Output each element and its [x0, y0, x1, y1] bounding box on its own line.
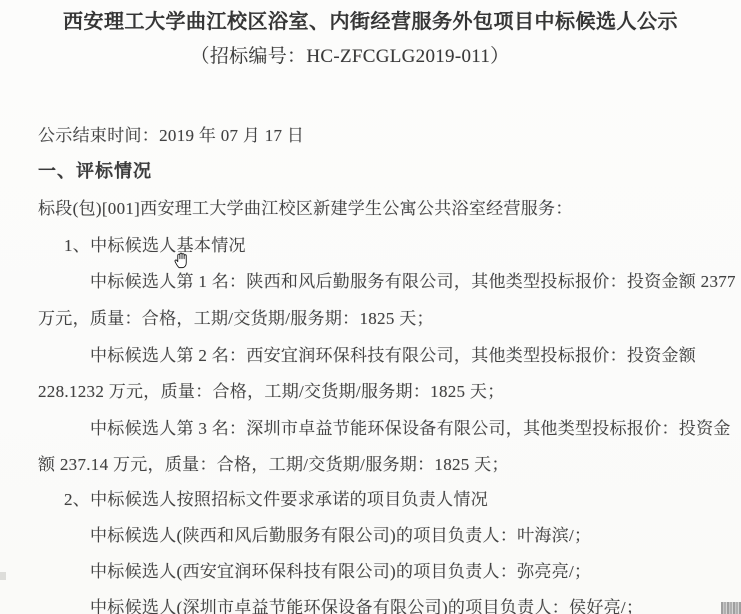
project-manager3-line: 中标候选人(深圳市卓益节能环保设备有限公司)的项目负责人：侯好亮/； [90, 598, 643, 614]
candidate1-line1: 中标候选人第 1 名：陕西和风后勤服务有限公司，其他类型投标报价：投资金额 23… [90, 272, 736, 292]
tender-number-subtitle: （招标编号：HC-ZFCGLG2019-011） [0, 47, 700, 67]
candidate3-line1: 中标候选人第 3 名：深圳市卓益节能环保设备有限公司，其他类型投标报价：投资金 [90, 419, 731, 439]
candidate2-line1: 中标候选人第 2 名：西安宜润环保科技有限公司，其他类型投标报价：投资金额 [90, 346, 696, 366]
subsection-heading-basic-info: 1、中标候选人基本情况 [64, 236, 246, 256]
hand-tool-cursor-icon [174, 250, 191, 269]
project-manager2-line: 中标候选人(西安宜润环保科技有限公司)的项目负责人：弥亮亮/； [90, 562, 591, 582]
lot-description-line: 标段(包)[001]西安理工大学曲江校区新建学生公寓公共浴室经营服务： [38, 199, 573, 219]
candidate1-line2: 万元，质量：合格，工期/交货期/服务期：1825 天； [38, 309, 434, 329]
subsection-heading-project-managers: 2、中标候选人按照招标文件要求承诺的项目负责人情况 [64, 490, 488, 510]
document-title: 西安理工大学曲江校区浴室、内街经营服务外包项目中标候选人公示 [0, 12, 741, 32]
scanned-document-page[interactable]: 西安理工大学曲江校区浴室、内街经营服务外包项目中标候选人公示 （招标编号：HC-… [0, 0, 741, 614]
publicity-end-time-line: 公示结束时间：2019 年 07 月 17 日 [38, 126, 304, 146]
candidate2-line2: 228.1232 万元，质量：合格，工期/交货期/服务期：1825 天； [38, 382, 505, 402]
scan-speck [0, 572, 6, 580]
project-manager1-line: 中标候选人(陕西和风后勤服务有限公司)的项目负责人：叶海滨/； [90, 526, 591, 546]
section-heading-evaluation: 一、评标情况 [38, 161, 152, 181]
scan-artifact [721, 602, 741, 614]
candidate3-line2: 额 237.14 万元，质量：合格，工期/交货期/服务期：1825 天； [38, 455, 509, 475]
